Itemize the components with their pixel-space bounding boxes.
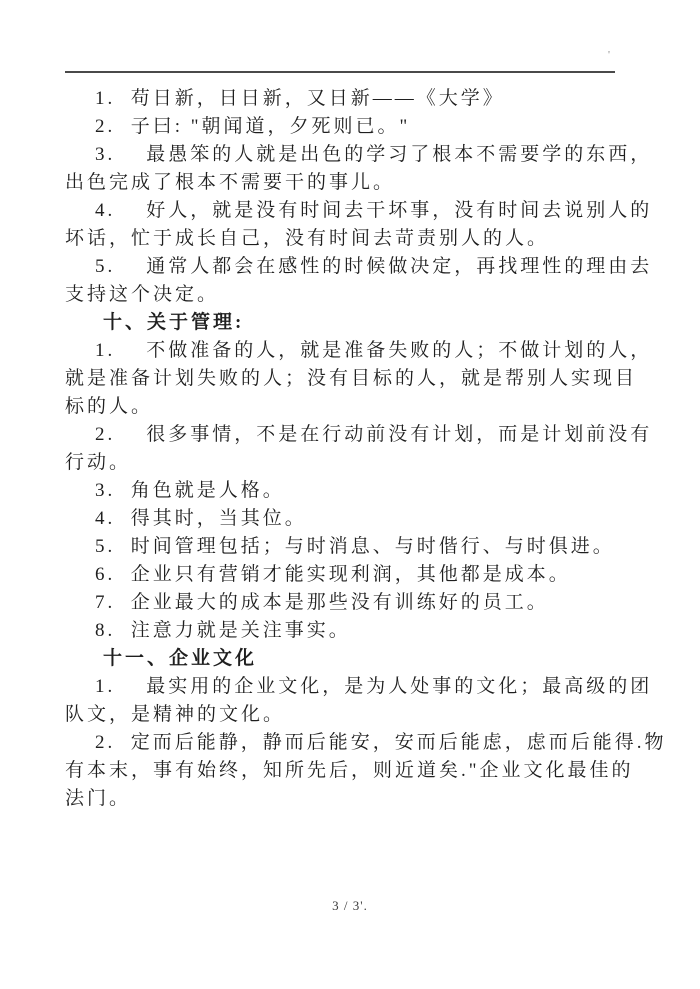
- stray-mark: ': [608, 50, 610, 61]
- text-line: 标的人。: [65, 393, 665, 421]
- text-line: 2. 定而后能静，静而后能安，安而后能虑，虑而后能得.物: [65, 729, 665, 757]
- text-line: 2. 很多事情，不是在行动前没有计划，而是计划前没有: [65, 421, 665, 449]
- text-line: 3. 最愚笨的人就是出色的学习了根本不需要学的东西，: [65, 141, 665, 169]
- text-line: 4. 得其时，当其位。: [65, 505, 665, 533]
- text-line: 5. 通常人都会在感性的时候做决定，再找理性的理由去: [65, 253, 665, 281]
- section-heading: 十一、企业文化: [65, 645, 665, 673]
- text-line: 法门。: [65, 785, 665, 813]
- text-line: 行动。: [65, 449, 665, 477]
- text-line: 6. 企业只有营销才能实现利润，其他都是成本。: [65, 561, 665, 589]
- text-line: 支持这个决定。: [65, 281, 665, 309]
- text-line: 有本末，事有始终，知所先后，则近道矣."企业文化最佳的: [65, 757, 665, 785]
- text-line: 队文，是精神的文化。: [65, 701, 665, 729]
- document-body: 1. 苟日新，日日新，又日新——《大学》2. 子曰: "朝闻道，夕死则已。"3.…: [65, 85, 665, 813]
- text-line: 1. 不做准备的人，就是准备失败的人；不做计划的人，: [65, 337, 665, 365]
- text-line: 8. 注意力就是关注事实。: [65, 617, 665, 645]
- text-line: 1. 苟日新，日日新，又日新——《大学》: [65, 85, 665, 113]
- text-line: 4. 好人，就是没有时间去干坏事，没有时间去说别人的: [65, 197, 665, 225]
- text-line: 3. 角色就是人格。: [65, 477, 665, 505]
- document-page: ' 1. 苟日新，日日新，又日新——《大学》2. 子曰: "朝闻道，夕死则已。"…: [0, 0, 700, 989]
- text-line: 5. 时间管理包括；与时消息、与时偕行、与时俱进。: [65, 533, 665, 561]
- text-line: 1. 最实用的企业文化，是为人处事的文化；最高级的团: [65, 673, 665, 701]
- text-line: 坏话，忙于成长自己，没有时间去苛责别人的人。: [65, 225, 665, 253]
- text-line: 就是准备计划失败的人；没有目标的人，就是帮别人实现目: [65, 365, 665, 393]
- section-heading: 十、关于管理:: [65, 309, 665, 337]
- text-line: 2. 子曰: "朝闻道，夕死则已。": [65, 113, 665, 141]
- text-line: 7. 企业最大的成本是那些没有训练好的员工。: [65, 589, 665, 617]
- header-rule: [65, 71, 615, 73]
- page-number: 3 / 3'.: [0, 898, 700, 914]
- text-line: 出色完成了根本不需要干的事儿。: [65, 169, 665, 197]
